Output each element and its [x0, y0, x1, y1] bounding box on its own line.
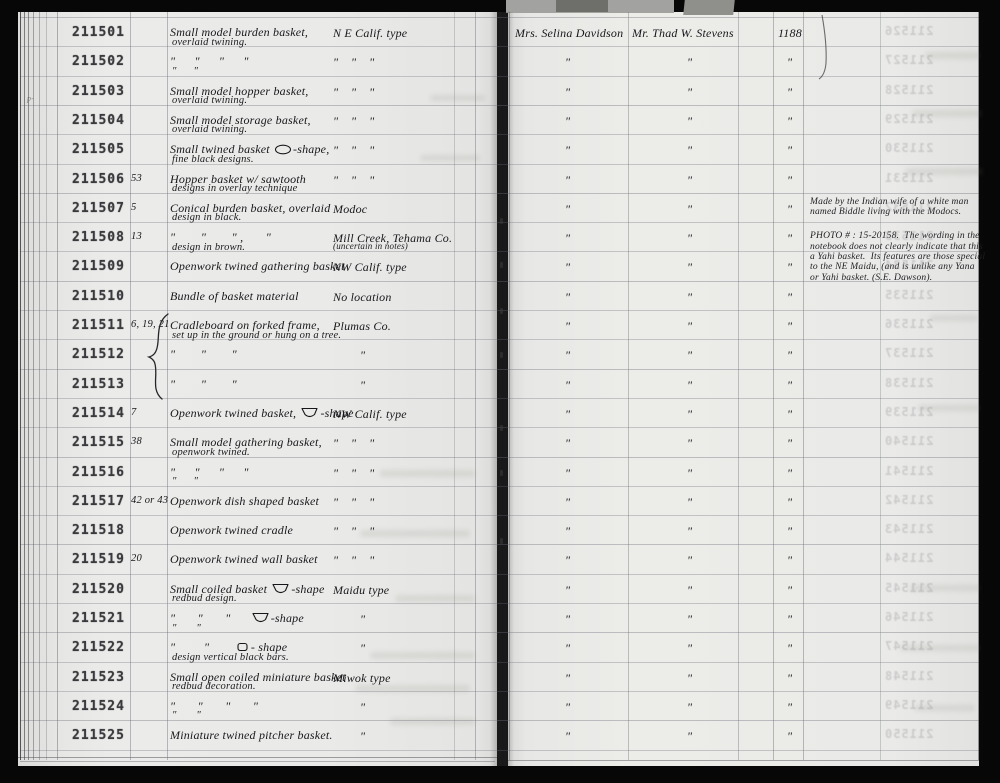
collector: " — [687, 700, 692, 715]
donor: " — [565, 143, 570, 158]
donor: " — [565, 290, 570, 305]
locality: No location — [333, 290, 392, 305]
ghost-bleedthrough-number: 211532 — [884, 200, 933, 214]
column-line — [28, 12, 29, 760]
collector: " — [687, 260, 692, 275]
bleedthrough-smudge — [355, 685, 470, 692]
aux-number: 20 — [131, 553, 142, 564]
ghost-bleedthrough-number: 211536 — [884, 317, 933, 331]
description-line2: fine black designs. — [172, 154, 254, 165]
stitch-mark — [500, 262, 503, 268]
ruled-line — [20, 134, 979, 135]
description-line2: " " — [172, 476, 198, 487]
donor: " — [565, 436, 570, 451]
aux-number: 7 — [131, 407, 136, 418]
donor: " — [565, 348, 570, 363]
description-text: " " " — [170, 377, 237, 391]
description-text: -shape, — [293, 142, 329, 156]
donor: " — [565, 641, 570, 656]
donor: " — [565, 729, 570, 744]
catalog-number: 211517 — [72, 494, 125, 509]
catalog-number: 211513 — [72, 377, 125, 392]
ghost-bleedthrough-number: 211538 — [884, 376, 933, 390]
description: " " " — [170, 347, 237, 362]
collector: " — [687, 641, 692, 656]
collector: " — [687, 290, 692, 305]
ruled-line — [20, 105, 979, 106]
catalog-number: 211516 — [72, 465, 125, 480]
book-edge-tab-dark — [556, 0, 608, 12]
description-line2: openwork twined. — [172, 447, 250, 458]
note-line: or Yahi basket. (S.E. Dawson). — [810, 273, 932, 283]
locality: " " " — [333, 85, 374, 100]
catalog-number: 211506 — [72, 172, 125, 187]
accession-number: 1188 — [778, 26, 802, 41]
stitch-mark — [500, 352, 503, 358]
collector: " — [687, 231, 692, 246]
locality: " " " — [333, 114, 374, 129]
bleedthrough-smudge — [918, 405, 980, 411]
collector: " — [687, 319, 692, 334]
catalog-number: 211501 — [72, 25, 125, 40]
description-text: -shape — [271, 611, 304, 625]
column-line — [628, 12, 629, 760]
accession-number: " — [787, 202, 792, 217]
accession-number: " — [787, 231, 792, 246]
ghost-bleedthrough-number: 211528 — [884, 83, 933, 97]
donor: " — [565, 319, 570, 334]
ghost-bleedthrough-number: 211537 — [884, 346, 933, 360]
bleedthrough-smudge — [370, 652, 475, 659]
description-line2: overlaid twining. — [172, 37, 247, 48]
ghost-bleedthrough-number: 211534 — [884, 258, 933, 272]
locality: " " " — [333, 466, 374, 481]
ruled-line — [20, 720, 979, 721]
ghost-bleedthrough-number: 211542 — [884, 493, 933, 507]
ruled-line — [20, 544, 979, 545]
bleedthrough-smudge — [395, 595, 475, 602]
locality: " — [360, 700, 365, 715]
catalog-number: 211509 — [72, 259, 125, 274]
collector: " — [687, 202, 692, 217]
aux-number: 42 or 43 — [131, 495, 168, 506]
catalog-number: 211521 — [72, 611, 125, 626]
collector: " — [687, 378, 692, 393]
accession-number: " — [787, 466, 792, 481]
ruled-line — [20, 486, 979, 487]
catalog-number: 211508 — [72, 230, 125, 245]
ruled-line — [20, 46, 979, 47]
locality: Plumas Co. — [333, 319, 391, 334]
description-text: Openwork twined basket, — [170, 406, 299, 420]
ruled-line — [20, 662, 979, 663]
catalog-number: 211503 — [72, 84, 125, 99]
catalog-number: 211520 — [72, 582, 125, 597]
donor: " — [565, 671, 570, 686]
right-border — [983, 0, 1000, 783]
donor: " — [565, 612, 570, 627]
bleedthrough-smudge — [390, 718, 475, 725]
accession-number: " — [787, 260, 792, 275]
bleedthrough-smudge — [910, 585, 980, 591]
aux-number: 13 — [131, 231, 142, 242]
locality: " " " — [333, 553, 374, 568]
description: Openwork twined basket, -shape — [170, 406, 354, 423]
column-line — [46, 12, 47, 760]
ruled-line — [20, 193, 979, 194]
description: Bundle of basket material — [170, 289, 299, 304]
stitch-mark — [500, 425, 503, 431]
bleedthrough-smudge — [360, 530, 470, 537]
description-line2: " " — [172, 66, 198, 77]
collector: " — [687, 85, 692, 100]
locality: Miwok type — [333, 671, 391, 686]
stitch-mark — [500, 538, 503, 544]
locality: Modoc — [333, 202, 367, 217]
aux-number: 5 — [131, 202, 136, 213]
ghost-bleedthrough-number: 211530 — [884, 141, 933, 155]
ruled-line — [20, 574, 979, 575]
description-text: " " " — [170, 347, 237, 361]
description-line2: redbud decoration. — [172, 681, 256, 692]
description: Openwork twined wall basket — [170, 552, 318, 567]
bleedthrough-smudge — [420, 155, 480, 161]
description-text: Bundle of basket material — [170, 289, 299, 303]
locality: " — [360, 378, 365, 393]
locality: " — [360, 641, 365, 656]
catalog-number: 211505 — [72, 142, 125, 157]
accession-number: " — [787, 612, 792, 627]
locality: " " " — [333, 495, 374, 510]
accession-number: " — [787, 436, 792, 451]
accession-number: " — [787, 524, 792, 539]
bleedthrough-smudge — [925, 52, 980, 59]
ghost-bleedthrough-number: 211543 — [884, 522, 933, 536]
description-text: Openwork twined cradle — [170, 523, 293, 537]
description: Openwork twined cradle — [170, 523, 293, 538]
catalog-number: 211507 — [72, 201, 125, 216]
basket-shape-drawing-cup — [271, 582, 290, 599]
ruled-line — [20, 76, 979, 77]
description-line2: overlaid twining. — [172, 124, 247, 135]
description: Miniature twined pitcher basket. — [170, 728, 333, 743]
ruled-line — [20, 164, 979, 165]
description: Openwork twined gathering basket — [170, 259, 345, 274]
ghost-bleedthrough-number: 211541 — [884, 464, 933, 478]
ruled-line — [20, 339, 979, 340]
bleedthrough-smudge — [912, 110, 982, 117]
description-line2: design in brown. — [172, 242, 245, 253]
ruled-line — [20, 603, 979, 604]
collector: " — [687, 407, 692, 422]
ghost-bleedthrough-number: 211548 — [884, 669, 933, 683]
ruled-line — [20, 17, 979, 18]
ruled-line — [20, 750, 979, 751]
description-text: Openwork twined gathering basket — [170, 259, 345, 273]
donor: Mrs. Selina Davidson — [515, 26, 623, 41]
bleedthrough-smudge — [930, 315, 978, 321]
catalog-number: 211518 — [72, 523, 125, 538]
description-line2: " " — [172, 623, 201, 634]
ghost-bleedthrough-number: 211546 — [884, 610, 933, 624]
locality: " " " — [333, 436, 374, 451]
column-line — [167, 12, 168, 760]
bleedthrough-smudge — [900, 645, 980, 651]
collector: " — [687, 612, 692, 627]
aux-number: 6, 19, 21 — [131, 319, 170, 330]
locality: N E Calif. type — [333, 26, 407, 41]
page-bottom-edge — [18, 757, 497, 758]
ruled-line — [20, 457, 979, 458]
ghost-bleedthrough-number: 211526 — [884, 24, 933, 38]
catalog-number: 211512 — [72, 347, 125, 362]
bottom-border — [0, 766, 1000, 783]
column-line — [57, 12, 58, 760]
accession-number: " — [787, 114, 792, 129]
column-line — [33, 12, 34, 760]
accession-number: " — [787, 583, 792, 598]
column-line — [24, 12, 25, 760]
description-line2: set up in the ground or hung on a tree. — [172, 330, 341, 341]
accession-number: " — [787, 348, 792, 363]
catalog-number: 211502 — [72, 54, 125, 69]
ghost-bleedthrough-number: 211533 — [884, 229, 933, 243]
catalog-number: 211510 — [72, 289, 125, 304]
aux-number: 38 — [131, 436, 142, 447]
ruled-line — [20, 515, 979, 516]
ghost-bleedthrough-number: 211540 — [884, 434, 933, 448]
basket-shape-drawing-cup — [251, 611, 270, 628]
collector: " — [687, 583, 692, 598]
catalog-number: 211514 — [72, 406, 125, 421]
accession-number: " — [787, 173, 792, 188]
accession-number: " — [787, 700, 792, 715]
column-line — [20, 12, 21, 760]
stitch-mark — [500, 308, 503, 314]
donor: " — [565, 173, 570, 188]
stitch-mark — [500, 470, 503, 476]
collector: " — [687, 553, 692, 568]
top-border — [0, 0, 1000, 12]
collector: " — [687, 466, 692, 481]
description-text: Openwork twined wall basket — [170, 552, 318, 566]
catalog-number: 211519 — [72, 552, 125, 567]
column-line — [130, 12, 131, 760]
accession-number: " — [787, 553, 792, 568]
column-line — [509, 12, 510, 760]
description-line2: overlaid twining. — [172, 95, 247, 106]
donor: " — [565, 466, 570, 481]
column-line — [738, 12, 739, 760]
locality: " " " — [333, 173, 374, 188]
bleedthrough-smudge — [430, 95, 485, 101]
donor: " — [565, 378, 570, 393]
locality: " — [360, 348, 365, 363]
locality: NW Calif. type — [333, 260, 407, 275]
catalog-number: 211511 — [72, 318, 125, 333]
donor: " — [565, 407, 570, 422]
page-bottom-edge — [20, 761, 495, 762]
left-border — [0, 0, 18, 783]
ruled-line — [20, 369, 979, 370]
collector: " — [687, 173, 692, 188]
collector: " — [687, 671, 692, 686]
description-text: Miniature twined pitcher basket. — [170, 728, 333, 742]
locality: " " " — [333, 143, 374, 158]
description-line2: design in black. — [172, 212, 241, 223]
donor: " — [565, 85, 570, 100]
donor: " — [565, 583, 570, 598]
description-text: Openwork dish shaped basket — [170, 494, 319, 508]
donor: " — [565, 231, 570, 246]
book-edge-tab2 — [683, 0, 735, 15]
catalog-number: 211525 — [72, 728, 125, 743]
accession-number: " — [787, 143, 792, 158]
column-line — [803, 12, 804, 760]
description-line2: designs in overlay technique — [172, 183, 297, 194]
accession-number: " — [787, 495, 792, 510]
ruled-line — [20, 632, 979, 633]
donor: " — [565, 553, 570, 568]
description: " " " — [170, 377, 237, 392]
collector: " — [687, 143, 692, 158]
book-gutter — [490, 12, 514, 766]
catalog-number: 211523 — [72, 670, 125, 685]
ledger-spread: p- 211501Small model burden basket,overl… — [0, 0, 1000, 783]
ghost-bleedthrough-number: 211535 — [884, 288, 933, 302]
donor: " — [565, 495, 570, 510]
bleedthrough-smudge — [380, 470, 475, 477]
description-line2: " " — [172, 710, 201, 721]
column-line — [773, 12, 774, 760]
column-line — [454, 12, 455, 760]
donor: " — [565, 114, 570, 129]
description-text: -shape — [291, 582, 324, 596]
page-bottom-edge — [508, 760, 979, 761]
collector: " — [687, 495, 692, 510]
accession-number: " — [787, 319, 792, 334]
accession-number: " — [787, 290, 792, 305]
accession-number: " — [787, 729, 792, 744]
locality: " — [360, 729, 365, 744]
locality-line2: (uncertain in notes) — [333, 241, 408, 251]
catalog-number: 211522 — [72, 640, 125, 655]
ghost-bleedthrough-number: 211550 — [884, 727, 933, 741]
basket-shape-drawing-oval — [274, 143, 292, 159]
ghost-bleedthrough-number: 211544 — [884, 551, 933, 565]
collector: " — [687, 114, 692, 129]
donor: " — [565, 55, 570, 70]
basket-shape-drawing-cup — [300, 406, 319, 423]
accession-number: " — [787, 407, 792, 422]
bleedthrough-smudge — [915, 705, 975, 711]
catalog-number: 211524 — [72, 699, 125, 714]
collector: " — [687, 729, 692, 744]
description-line2: design vertical black bars. — [172, 652, 289, 663]
column-line — [880, 12, 881, 760]
accession-number: " — [787, 641, 792, 656]
description-line2: redbud design. — [172, 593, 237, 604]
column-line — [475, 12, 476, 760]
aux-number: 53 — [131, 173, 142, 184]
locality: " — [360, 612, 365, 627]
locality: NW Calif. type — [333, 407, 407, 422]
collector: " — [687, 436, 692, 451]
collector: " — [687, 524, 692, 539]
donor: " — [565, 524, 570, 539]
accession-number: " — [787, 378, 792, 393]
column-line — [39, 12, 40, 760]
donor: " — [565, 202, 570, 217]
bleedthrough-smudge — [905, 168, 983, 175]
collector: Mr. Thad W. Stevens — [632, 26, 734, 41]
description: Openwork dish shaped basket — [170, 494, 319, 509]
accession-number: " — [787, 55, 792, 70]
ruled-line — [20, 398, 979, 399]
accession-number: " — [787, 85, 792, 100]
catalog-number: 211515 — [72, 435, 125, 450]
stitch-mark — [500, 218, 503, 224]
ruled-line — [20, 691, 979, 692]
locality: Maidu type — [333, 583, 389, 598]
collector: " — [687, 348, 692, 363]
locality: " " " — [333, 55, 374, 70]
donor: " — [565, 260, 570, 275]
accession-number: " — [787, 671, 792, 686]
catalog-number: 211504 — [72, 113, 125, 128]
collector: " — [687, 55, 692, 70]
donor: " — [565, 700, 570, 715]
